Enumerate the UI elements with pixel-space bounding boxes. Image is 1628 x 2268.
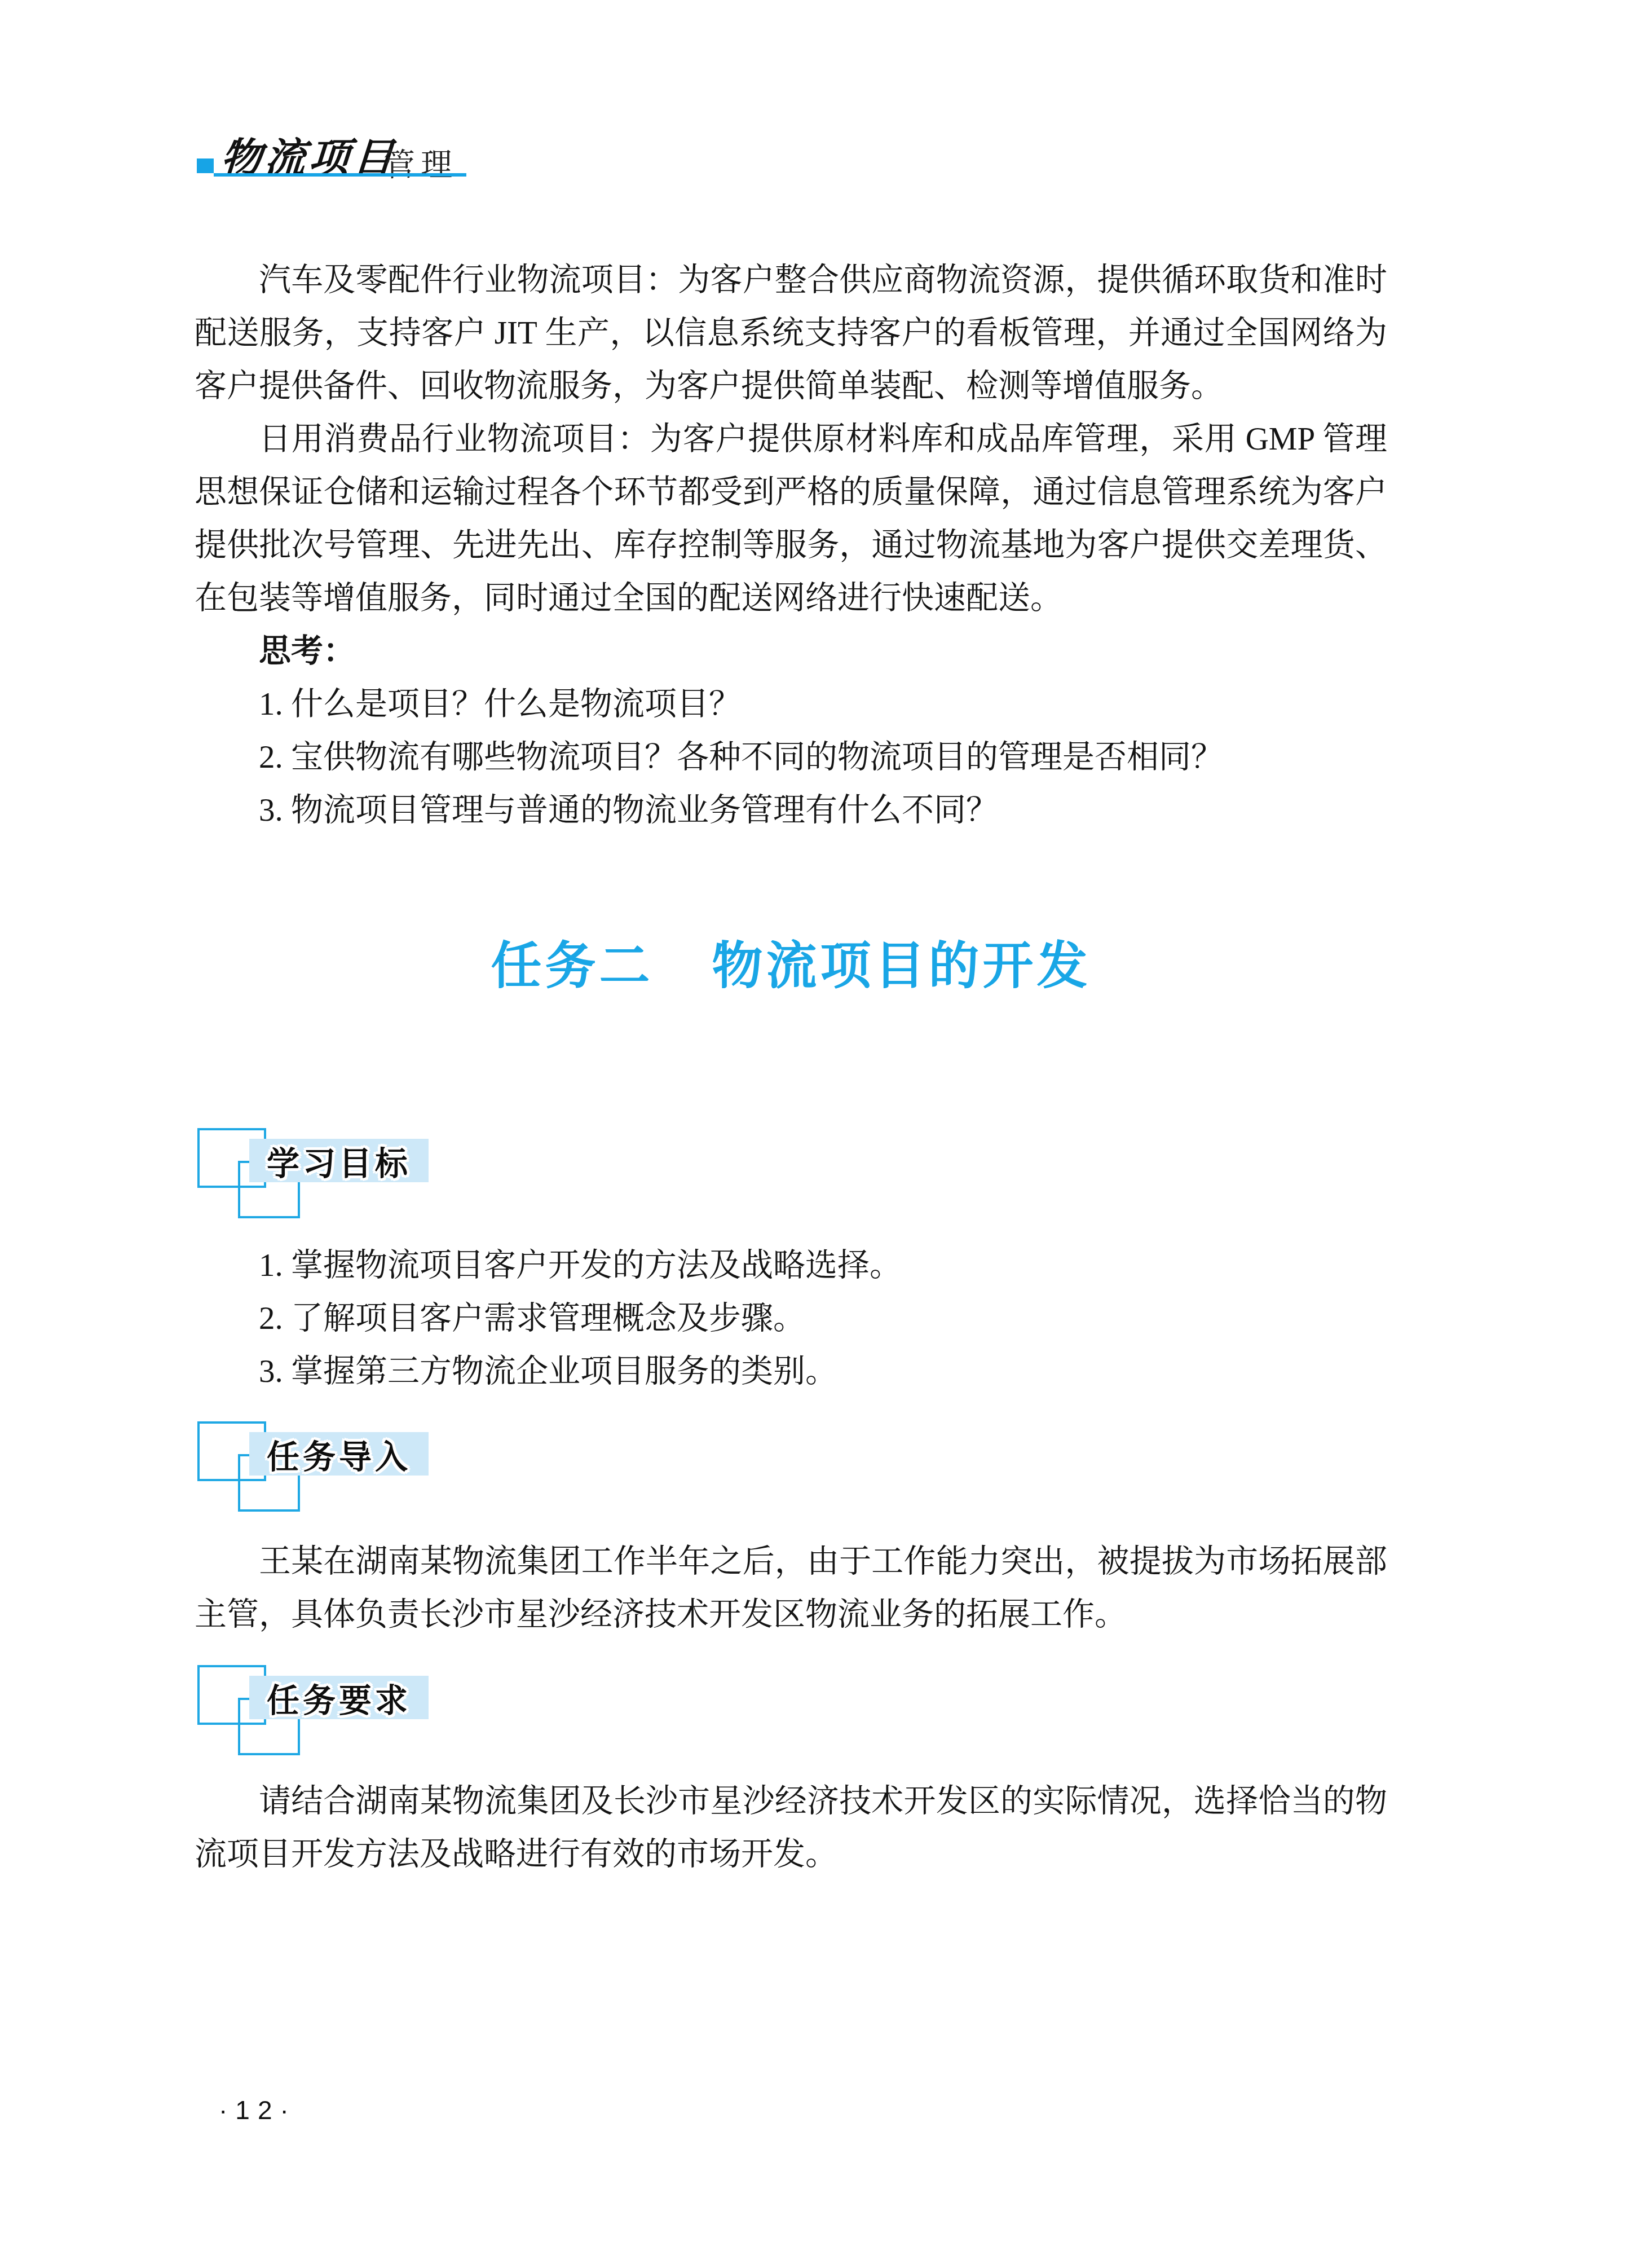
section-title-bar: 任务要求 (249, 1676, 429, 1719)
section-header-task-intro: 任务导入 (197, 1421, 547, 1529)
logo-accent-square (197, 158, 214, 173)
think-question-2: 2. 宝供物流有哪些物流项目？各种不同的物流项目的管理是否相同？ (259, 731, 1387, 784)
think-question-1: 1. 什么是项目？什么是物流项目？ (259, 678, 1387, 731)
task-requirements-paragraph: 请结合湖南某物流集团及长沙市星沙经济技术开发区的实际情况，选择恰当的物流项目开发… (195, 1775, 1387, 1881)
paragraph-auto-logistics: 汽车及零配件行业物流项目：为客户整合供应商物流资源，提供循环取货和准时配送服务，… (195, 254, 1387, 413)
objective-2: 2. 了解项目客户需求管理概念及步骤。 (259, 1292, 1387, 1345)
objectives-list: 1. 掌握物流项目客户开发的方法及战略选择。 2. 了解项目客户需求管理概念及步… (259, 1239, 1387, 1398)
think-question-3: 3. 物流项目管理与普通的物流业务管理有什么不同？ (259, 784, 1387, 837)
section-title-learning-objectives: 学习目标 (267, 1137, 411, 1184)
body-text-block: 汽车及零配件行业物流项目：为客户整合供应商物流资源，提供循环取货和准时配送服务，… (195, 254, 1387, 837)
logo-underline (214, 173, 466, 177)
task-title-number: 任务二 (491, 939, 654, 994)
page-number: ·12· (219, 2095, 297, 2125)
section-title-task-requirements: 任务要求 (267, 1674, 411, 1721)
task-intro-block: 王某在湖南某物流集团工作半年之后，由于工作能力突出，被提拔为市场拓展部主管，具体… (195, 1535, 1387, 1641)
section-title-bar: 学习目标 (249, 1139, 429, 1182)
paragraph-consumer-goods-logistics: 日用消费品行业物流项目：为客户提供原材料库和成品库管理，采用 GMP 管理思想保… (195, 413, 1387, 625)
think-label: 思考： (259, 625, 1387, 678)
book-logo-subtitle: 管理 (383, 140, 458, 185)
task-title: 任务二物流项目的开发 (195, 939, 1387, 994)
textbook-page: 物流项目 管理 汽车及零配件行业物流项目：为客户整合供应商物流资源，提供循环取货… (0, 0, 1628, 2268)
task-intro-paragraph: 王某在湖南某物流集团工作半年之后，由于工作能力突出，被提拔为市场拓展部主管，具体… (195, 1535, 1387, 1641)
objective-3: 3. 掌握第三方物流企业项目服务的类别。 (259, 1345, 1387, 1398)
task-requirements-block: 请结合湖南某物流集团及长沙市星沙经济技术开发区的实际情况，选择恰当的物流项目开发… (195, 1775, 1387, 1881)
section-title-task-intro: 任务导入 (267, 1430, 411, 1478)
section-header-learning-objectives: 学习目标 (197, 1128, 547, 1235)
objective-1: 1. 掌握物流项目客户开发的方法及战略选择。 (259, 1239, 1387, 1292)
task-title-text: 物流项目的开发 (712, 939, 1091, 994)
section-title-bar: 任务导入 (249, 1432, 429, 1476)
section-header-task-requirements: 任务要求 (197, 1665, 547, 1772)
